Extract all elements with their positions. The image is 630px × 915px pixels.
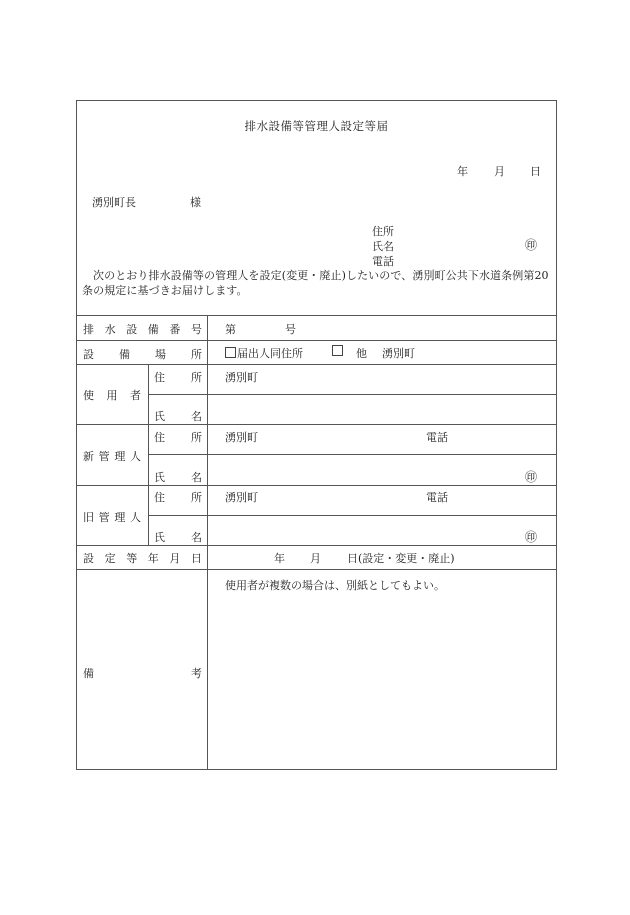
new-manager-label: 新管理人 <box>83 448 141 464</box>
addressee-honorific: 様 <box>190 196 201 209</box>
notification-form: 排水設備等管理人設定等届 年 月 日 湧別町長 様 住所 氏名 電話 ㊞ 次のと… <box>76 100 557 770</box>
drain-number-prefix: 第 <box>225 321 236 337</box>
setting-date-year: 年 <box>274 550 285 566</box>
column-divider <box>207 315 208 769</box>
date-year-label: 年 <box>457 165 468 178</box>
same-address-checkbox[interactable] <box>225 347 236 358</box>
row-divider <box>148 515 556 516</box>
addressee-name: 湧別町長 <box>92 196 136 209</box>
applicant-name-label: 氏名 <box>372 240 394 253</box>
row-divider <box>77 315 556 316</box>
old-manager-address-label: 住所 <box>154 489 202 505</box>
new-manager-phone-label: 電話 <box>426 429 448 445</box>
remarks-note: 使用者が複数の場合は、別紙としてもよい。 <box>225 577 445 593</box>
new-manager-address-label: 住所 <box>154 429 202 445</box>
row-divider <box>77 545 556 546</box>
old-manager-seal-icon: ㊞ <box>525 528 537 545</box>
location-label: 設備場所 <box>83 346 202 362</box>
new-manager-name-label: 氏名 <box>154 469 202 485</box>
applicant-phone-label: 電話 <box>372 255 394 268</box>
date-day-label: 日 <box>530 165 541 178</box>
drain-number-field[interactable] <box>241 319 281 335</box>
applicant-seal-icon: ㊞ <box>525 239 537 252</box>
new-manager-address-value[interactable]: 湧別町 <box>225 429 258 445</box>
row-divider <box>148 454 556 455</box>
location-option-same-address[interactable]: 届出人同住所 <box>225 345 303 361</box>
date-month-label: 月 <box>494 165 505 178</box>
old-manager-address-value[interactable]: 湧別町 <box>225 489 258 505</box>
form-title: 排水設備等管理人設定等届 <box>77 120 556 133</box>
row-divider <box>77 569 556 570</box>
new-manager-seal-icon: ㊞ <box>525 468 537 485</box>
row-divider <box>148 394 556 395</box>
user-address-label: 住所 <box>154 369 202 385</box>
old-manager-phone-label: 電話 <box>426 489 448 505</box>
user-label: 使用者 <box>83 387 141 403</box>
drain-number-suffix: 号 <box>285 321 296 337</box>
user-name-label: 氏名 <box>154 408 202 424</box>
location-option-other[interactable] <box>332 345 344 358</box>
setting-date-label: 設定等年月日 <box>83 550 202 566</box>
applicant-address-label: 住所 <box>372 225 394 238</box>
setting-date-month: 月 <box>310 550 321 566</box>
other-checkbox[interactable] <box>332 345 343 356</box>
body-text: 次のとおり排水設備等の管理人を設定(変更・廃止)したいので、湧別町公共下水道条例… <box>82 268 552 298</box>
drain-number-label: 排水設備番号 <box>83 321 202 337</box>
old-manager-label: 旧管理人 <box>83 509 141 525</box>
row-divider <box>77 340 556 341</box>
location-town: 湧別町 <box>382 345 415 361</box>
setting-date-day-type: 日(設定・変更・廃止) <box>347 550 455 566</box>
remarks-label: 備考 <box>83 665 202 681</box>
user-address-value[interactable]: 湧別町 <box>225 369 258 385</box>
column-divider <box>148 364 149 545</box>
old-manager-name-label: 氏名 <box>154 529 202 545</box>
location-other-label: 他 <box>356 345 367 361</box>
